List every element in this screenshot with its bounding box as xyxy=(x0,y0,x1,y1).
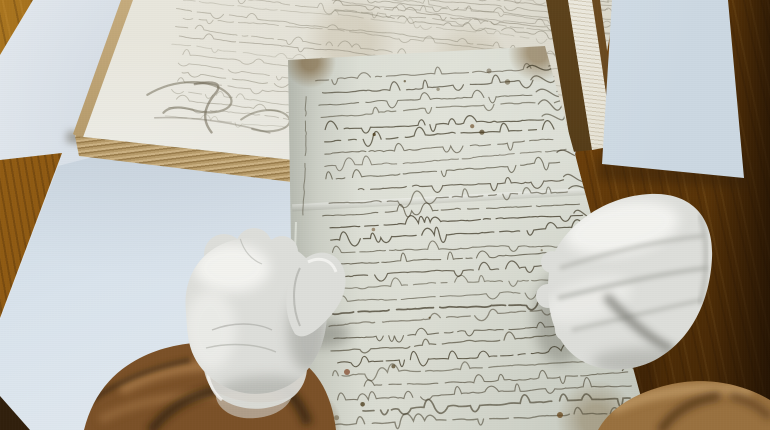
handwriting-line xyxy=(350,0,654,29)
handwriting-line xyxy=(333,0,654,44)
book-signature-flourish xyxy=(190,81,219,133)
book-signature-flourish xyxy=(146,77,234,121)
book-signature-flourish xyxy=(155,114,271,133)
handwriting-line xyxy=(342,0,654,36)
photo-manuscript-scene xyxy=(0,0,770,430)
handwriting-line xyxy=(336,0,654,14)
book-signature-flourish xyxy=(240,107,291,134)
